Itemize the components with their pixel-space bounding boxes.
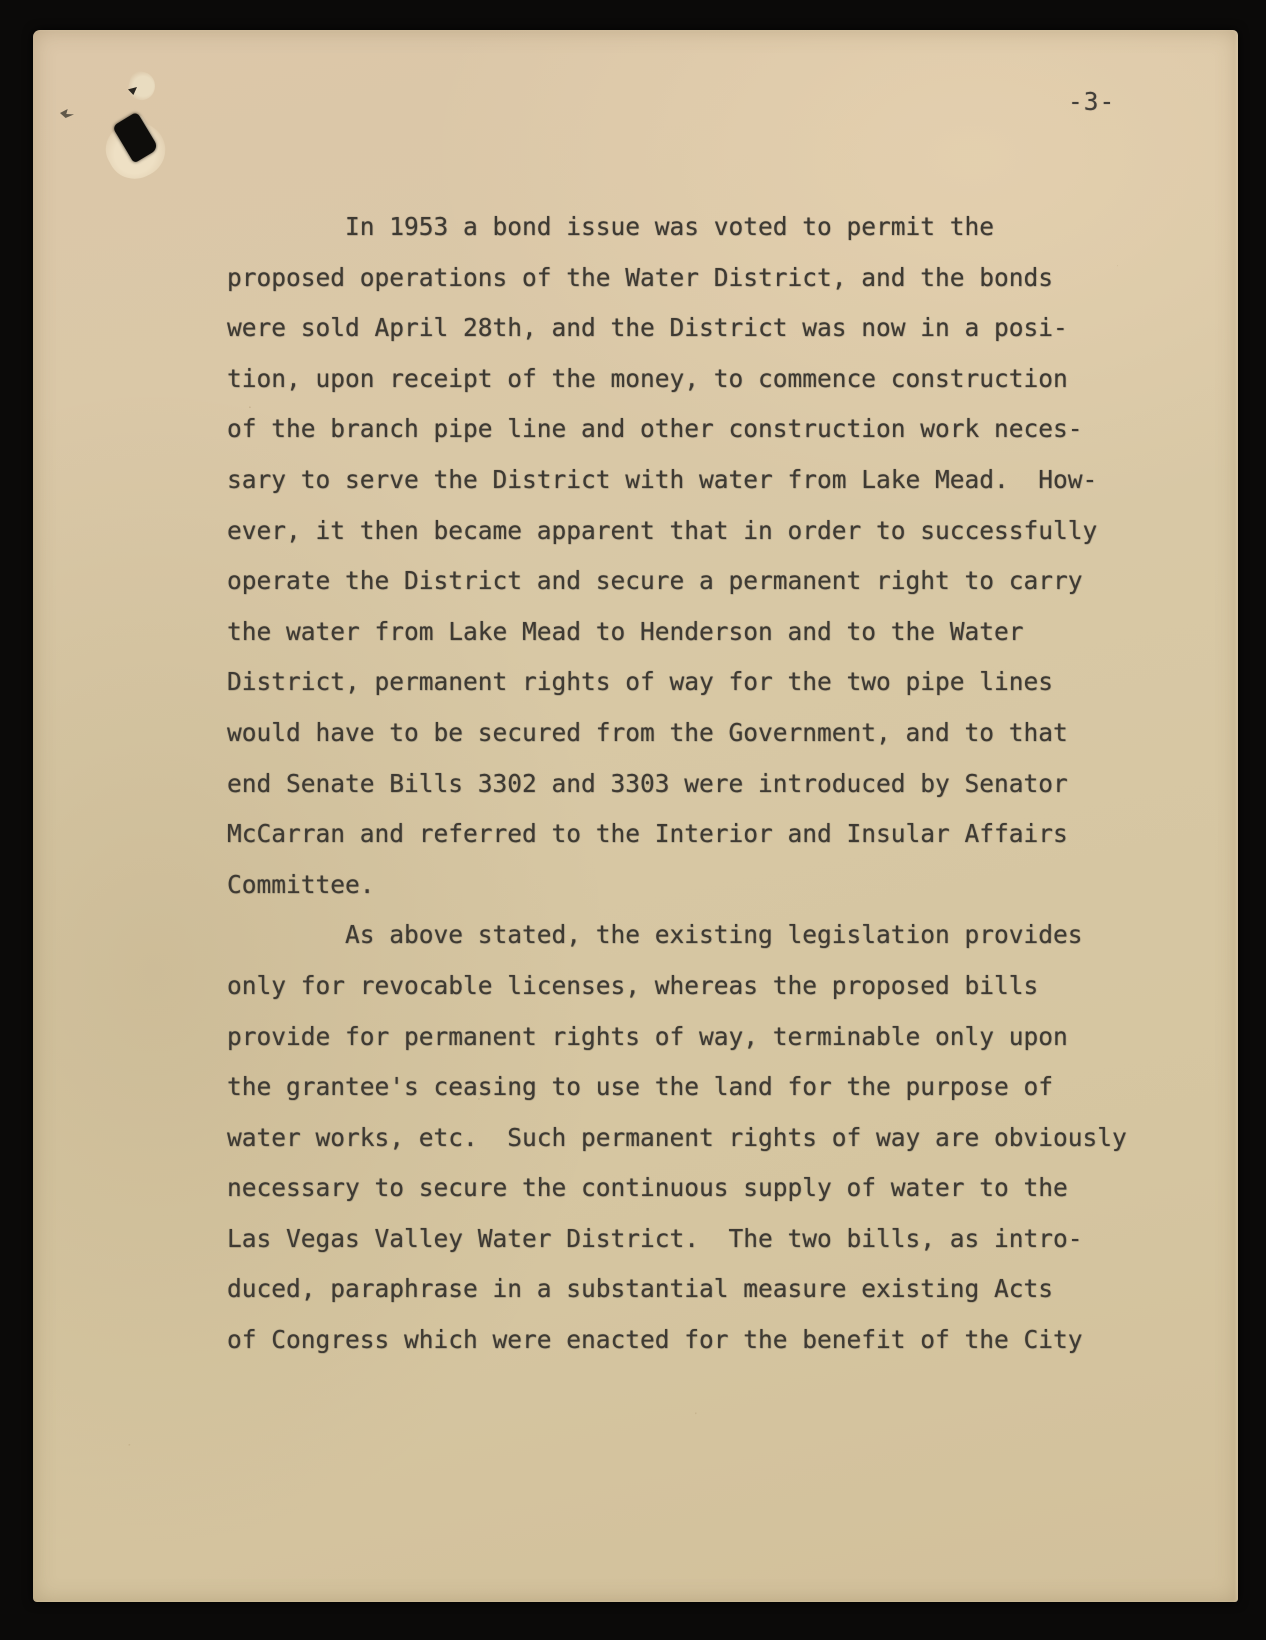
scanner-background: -3- In 1953 a bond issue was voted to pe… bbox=[0, 0, 1266, 1640]
paper-chip bbox=[126, 69, 158, 102]
text-line: of the branch pipe line and other constr… bbox=[227, 404, 1167, 455]
text-line: operate the District and secure a perman… bbox=[227, 556, 1167, 607]
text-line: ever, it then became apparent that in or… bbox=[227, 506, 1167, 557]
text-line: only for revocable licenses, whereas the… bbox=[227, 961, 1167, 1012]
typewritten-text-block: In 1953 a bond issue was voted to permit… bbox=[227, 202, 1167, 1366]
text-line: In 1953 a bond issue was voted to permit… bbox=[227, 202, 1167, 253]
text-line: would have to be secured from the Govern… bbox=[227, 708, 1167, 759]
text-line: end Senate Bills 3302 and 3303 were intr… bbox=[227, 759, 1167, 810]
text-line: District, permanent rights of way for th… bbox=[227, 657, 1167, 708]
page-number: -3- bbox=[1068, 87, 1115, 116]
text-line: provide for permanent rights of way, ter… bbox=[227, 1012, 1167, 1063]
text-line: duced, paraphrase in a substantial measu… bbox=[227, 1264, 1167, 1315]
text-line: proposed operations of the Water Distric… bbox=[227, 253, 1167, 304]
text-line: the water from Lake Mead to Henderson an… bbox=[227, 607, 1167, 658]
text-line: McCarran and referred to the Interior an… bbox=[227, 809, 1167, 860]
text-line: sary to serve the District with water fr… bbox=[227, 455, 1167, 506]
text-line: water works, etc. Such permanent rights … bbox=[227, 1113, 1167, 1164]
document-page: -3- In 1953 a bond issue was voted to pe… bbox=[33, 30, 1238, 1602]
text-line: As above stated, the existing legislatio… bbox=[227, 910, 1167, 961]
text-line: the grantee's ceasing to use the land fo… bbox=[227, 1062, 1167, 1113]
text-line: tion, upon receipt of the money, to comm… bbox=[227, 354, 1167, 405]
text-line: Committee. bbox=[227, 860, 1167, 911]
ink-speck bbox=[60, 109, 74, 118]
text-line: were sold April 28th, and the District w… bbox=[227, 303, 1167, 354]
text-line: necessary to secure the continuous suppl… bbox=[227, 1163, 1167, 1214]
text-line: Las Vegas Valley Water District. The two… bbox=[227, 1214, 1167, 1265]
text-line: of Congress which were enacted for the b… bbox=[227, 1315, 1167, 1366]
